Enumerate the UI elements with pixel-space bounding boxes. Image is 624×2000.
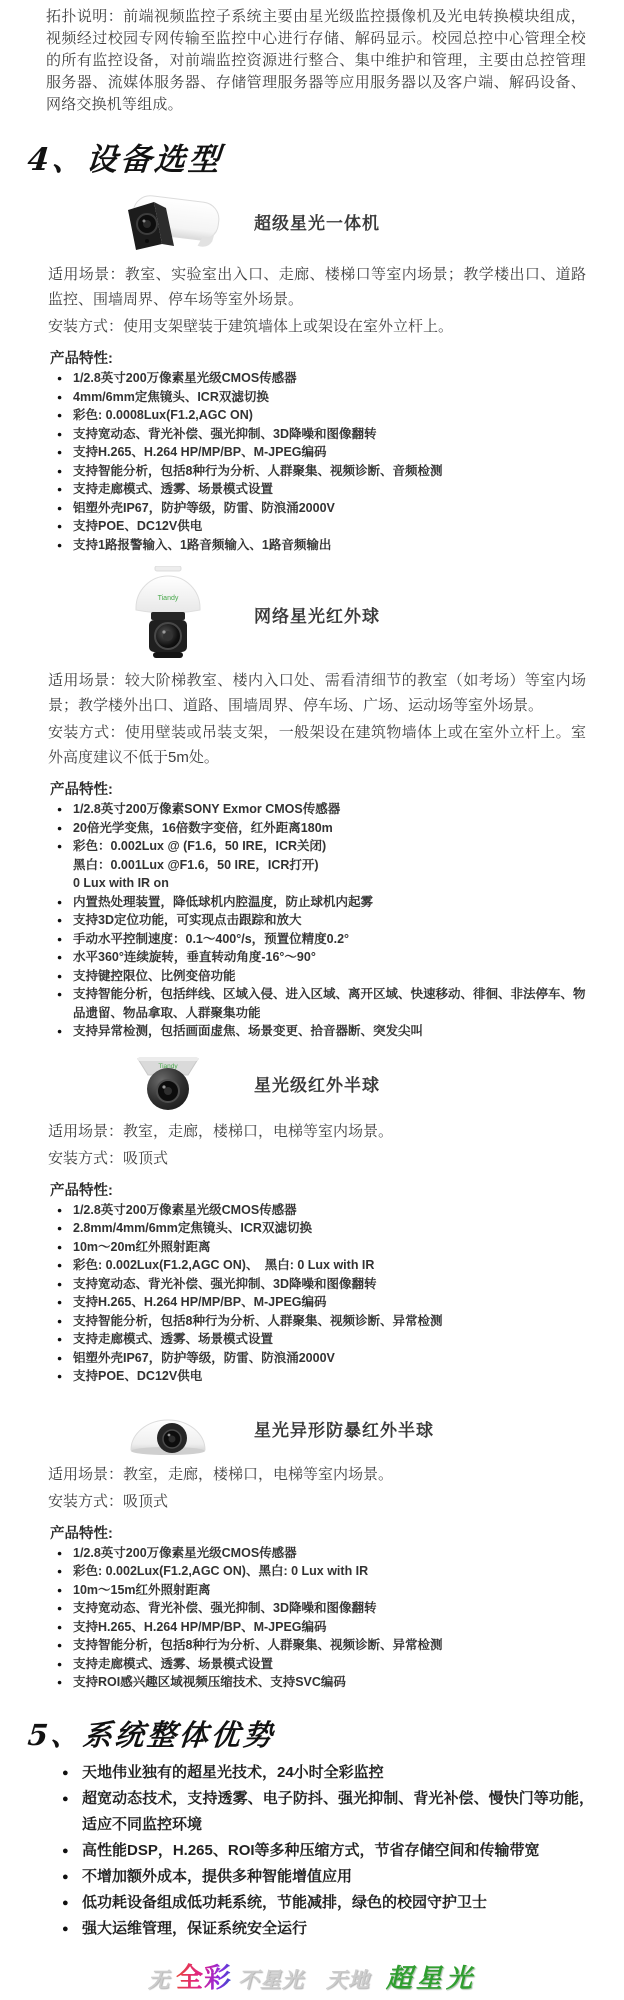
scene-text: 教室，走廊，楼梯口，电梯等室内场景。 <box>123 1123 393 1140</box>
install-label: 安装方式： <box>48 724 125 741</box>
feature-item: 手动水平控制速度：0.1～400°/s，预置位精度0.2° <box>56 930 590 949</box>
product-3-scene: 适用场景：教室，走廊，楼梯口，电梯等室内场景。 <box>48 1119 586 1144</box>
feature-item: 支持H.265、H.264 HP/MP/BP、M-JPEG编码 <box>56 443 590 462</box>
product-1-features-label: 产品特性: <box>50 347 624 367</box>
product-4-features-label: 产品特性: <box>50 1522 624 1542</box>
product-4-features: 1/2.8英寸200万像素星光级CMOS传感器 彩色: 0.002Lux(F1.… <box>56 1544 590 1692</box>
advantage-item: 超宽动态技术，支持透雾、电子防抖、强光抑制、背光补偿、慢快门等功能，适应不同监控… <box>62 1786 594 1838</box>
feature-item: 支持宽动态、背光补偿、强光抑制、3D降噪和图像翻转 <box>56 1599 590 1618</box>
product-2-scene: 适用场景：较大阶梯教室、楼内入口处、需看清细节的教室（如考场）等室内场景；教学楼… <box>48 668 586 718</box>
install-label: 安装方式： <box>48 318 123 335</box>
feature-item: 彩色: 0.002Lux(F1.2,AGC ON)、黑白: 0 Lux with… <box>56 1562 590 1581</box>
scene-label: 适用场景： <box>48 1123 123 1140</box>
section-5-heading: 5、系统整体优势 <box>26 1710 624 1756</box>
feature-item: 支持智能分析，包括8种行为分析、人群聚集、视频诊断、异常检测 <box>56 1636 590 1655</box>
feature-item: 10m～20m红外照射距离 <box>56 1238 590 1257</box>
system-advantages-list: 天地伟业独有的超星光技术，24小时全彩监控 超宽动态技术，支持透雾、电子防抖、强… <box>62 1760 594 1942</box>
feature-item: 支持POE、DC12V供电 <box>56 1367 590 1386</box>
product-block-1-header: 超级星光一体机 <box>112 184 624 258</box>
install-text: 吸顶式 <box>123 1493 168 1510</box>
mini-dome-camera-image <box>112 1402 224 1456</box>
section-4-heading: 4、设备选型 <box>26 132 624 180</box>
install-label: 安装方式： <box>48 1493 123 1510</box>
document-page: 拓扑说明：前端视频监控子系统主要由星光级监控摄像机及光电转换模块组成，视频经过校… <box>0 6 624 2000</box>
product-title-bullet-camera: 超级星光一体机 <box>254 209 380 234</box>
product-1-scene: 适用场景：教室、实验室出入口、走廊、楼梯口等室内场景；教学楼出口、道路监控、围墙… <box>48 262 586 312</box>
product-block-3-header: Tiandy 星光级红外半球 <box>112 1053 624 1115</box>
bullet-camera-image <box>112 186 224 256</box>
feature-item: 内置热处理装置，降低球机内腔温度，防止球机内起雾 <box>56 893 590 912</box>
feature-item: 支持POE、DC12V供电 <box>56 517 590 536</box>
feature-item: 铝塑外壳IP67，防护等级，防雷、防浪涌2000V <box>56 499 590 518</box>
feature-item: 4mm/6mm定焦镜头、ICR双滤切换 <box>56 388 590 407</box>
scene-text: 教室、实验室出入口、走廊、楼梯口等室内场景；教学楼出口、道路监控、围墙周界、停车… <box>48 266 586 308</box>
scene-label: 适用场景： <box>48 1466 123 1483</box>
feature-item: 支持ROI感兴趣区域视频压缩技术、支持SVC编码 <box>56 1673 590 1692</box>
eyeball-dome-camera-image: Tiandy <box>112 1055 224 1113</box>
slogan-fullcolor: 全彩 <box>176 1956 232 1995</box>
product-title-eyeball-dome: 星光级红外半球 <box>254 1071 380 1096</box>
advantage-item: 不增加额外成本，提供多种智能增值应用 <box>62 1864 594 1890</box>
feature-item: 支持智能分析，包括绊线、区域入侵、进入区域、离开区域、快速移动、徘徊、非法停车、… <box>56 985 590 1022</box>
product-3-features: 1/2.8英寸200万像素星光级CMOS传感器 2.8mm/4mm/6mm定焦镜… <box>56 1201 590 1386</box>
feature-item: 支持异常检测，包括画面虚焦、场景变更、拾音器断、突发尖叫 <box>56 1022 590 1041</box>
feature-item: 彩色: 0.0008Lux(F1.2,AGC ON) <box>56 406 590 425</box>
product-3-features-label: 产品特性: <box>50 1179 624 1199</box>
feature-item: 1/2.8英寸200万像素星光级CMOS传感器 <box>56 1201 590 1220</box>
topology-description: 拓扑说明：前端视频监控子系统主要由星光级监控摄像机及光电转换模块组成，视频经过校… <box>46 6 586 116</box>
feature-item: 彩色：0.002Lux @ (F1.6，50 IRE，ICR关闭) 黑白：0.0… <box>56 837 590 893</box>
install-text: 吸顶式 <box>123 1150 168 1167</box>
product-3-install: 安装方式：吸顶式 <box>48 1146 586 1171</box>
product-block-2-header: Tiandy 网络星光红外球 <box>112 564 624 664</box>
product-1-install: 安装方式：使用支架壁装于建筑墙体上或架设在室外立杆上。 <box>48 314 586 339</box>
ptz-dome-camera-icon: Tiandy <box>129 566 207 662</box>
feature-item: 铝塑外壳IP67，防护等级，防雷、防浪涌2000V <box>56 1349 590 1368</box>
feature-item: 1/2.8英寸200万像素SONY Exmor CMOS传感器 <box>56 800 590 819</box>
feature-item: 20倍光学变焦，16倍数字变倍，红外距离180m <box>56 819 590 838</box>
feature-item: 1/2.8英寸200万像素星光级CMOS传感器 <box>56 369 590 388</box>
product-block-4-header: 星光异形防暴红外半球 <box>112 1400 624 1458</box>
feature-item: 支持走廊模式、透雾、场景模式设置 <box>56 1655 590 1674</box>
bullet-camera-icon <box>116 186 220 256</box>
product-4-install: 安装方式：吸顶式 <box>48 1489 586 1514</box>
feature-item: 水平360°连续旋转，垂直转动角度-16°～90° <box>56 948 590 967</box>
feature-item: 10m～15m红外照射距离 <box>56 1581 590 1600</box>
install-label: 安装方式： <box>48 1150 123 1167</box>
slogan-gray-3: 天地 <box>326 1964 370 1994</box>
scene-text: 教室，走廊，楼梯口，电梯等室内场景。 <box>123 1466 393 1483</box>
product-2-install: 安装方式：使用壁装或吊装支架，一般架设在建筑物墙体上或在室外立杆上。室外高度建议… <box>48 720 586 770</box>
feature-item: 支持宽动态、背光补偿、强光抑制、3D降噪和图像翻转 <box>56 1275 590 1294</box>
feature-item: 支持键控限位、比例变倍功能 <box>56 967 590 986</box>
product-title-ptz-dome: 网络星光红外球 <box>254 602 380 627</box>
scene-label: 适用场景： <box>48 672 125 689</box>
feature-item: 支持H.265、H.264 HP/MP/BP、M-JPEG编码 <box>56 1618 590 1637</box>
eyeball-dome-camera-icon: Tiandy <box>122 1055 214 1113</box>
scene-text: 较大阶梯教室、楼内入口处、需看清细节的教室（如考场）等室内场景；教学楼外出口、道… <box>48 672 586 714</box>
slogan-gray-1: 无 <box>148 1964 170 1994</box>
install-text: 使用壁装或吊装支架，一般架设在建筑物墙体上或在室外立杆上。室外高度建议不低于5m… <box>48 724 586 766</box>
feature-item: 支持智能分析，包括8种行为分析、人群聚集、视频诊断、音频检测 <box>56 462 590 481</box>
product-2-features-label: 产品特性: <box>50 778 624 798</box>
slogan-gray-2: 不星光 <box>238 1964 304 1994</box>
product-title-mini-dome: 星光异形防暴红外半球 <box>254 1416 434 1441</box>
advantage-item: 天地伟业独有的超星光技术，24小时全彩监控 <box>62 1760 594 1786</box>
advantage-item: 强大运维管理，保证系统安全运行 <box>62 1916 594 1942</box>
advantage-item: 高性能DSP，H.265、ROI等多种压缩方式，节省存储空间和传输带宽 <box>62 1838 594 1864</box>
product-2-features: 1/2.8英寸200万像素SONY Exmor CMOS传感器 20倍光学变焦，… <box>56 800 590 1041</box>
install-text: 使用支架壁装于建筑墙体上或架设在室外立杆上。 <box>123 318 453 335</box>
slogan-superstarlight: 超星光 <box>386 1958 476 1995</box>
feature-item: 支持走廊模式、透雾、场景模式设置 <box>56 480 590 499</box>
feature-item: 支持宽动态、背光补偿、强光抑制、3D降噪和图像翻转 <box>56 425 590 444</box>
feature-item: 支持3D定位功能，可实现点击跟踪和放大 <box>56 911 590 930</box>
ptz-dome-camera-image: Tiandy <box>112 566 224 662</box>
product-4-scene: 适用场景：教室，走廊，楼梯口，电梯等室内场景。 <box>48 1462 586 1487</box>
advantage-item: 低功耗设备组成低功耗系统，节能减排，绿色的校园守护卫士 <box>62 1890 594 1916</box>
brand-slogan: 无 全彩 不星光 天地 超星光 <box>0 1956 624 1988</box>
feature-item: 2.8mm/4mm/6mm定焦镜头、ICR双滤切换 <box>56 1219 590 1238</box>
svg-text:Tiandy: Tiandy <box>158 595 179 602</box>
feature-item: 彩色: 0.002Lux(F1.2,AGC ON)、 黑白: 0 Lux wit… <box>56 1256 590 1275</box>
feature-item: 支持H.265、H.264 HP/MP/BP、M-JPEG编码 <box>56 1293 590 1312</box>
feature-item: 支持1路报警输入、1路音频输入、1路音频输出 <box>56 536 590 555</box>
scene-label: 适用场景： <box>48 266 125 283</box>
feature-item: 支持智能分析，包括8种行为分析、人群聚集、视频诊断、异常检测 <box>56 1312 590 1331</box>
feature-item: 支持走廊模式、透雾、场景模式设置 <box>56 1330 590 1349</box>
product-1-features: 1/2.8英寸200万像素星光级CMOS传感器 4mm/6mm定焦镜头、ICR双… <box>56 369 590 554</box>
feature-item: 1/2.8英寸200万像素星光级CMOS传感器 <box>56 1544 590 1563</box>
mini-dome-camera-icon <box>125 1402 211 1456</box>
